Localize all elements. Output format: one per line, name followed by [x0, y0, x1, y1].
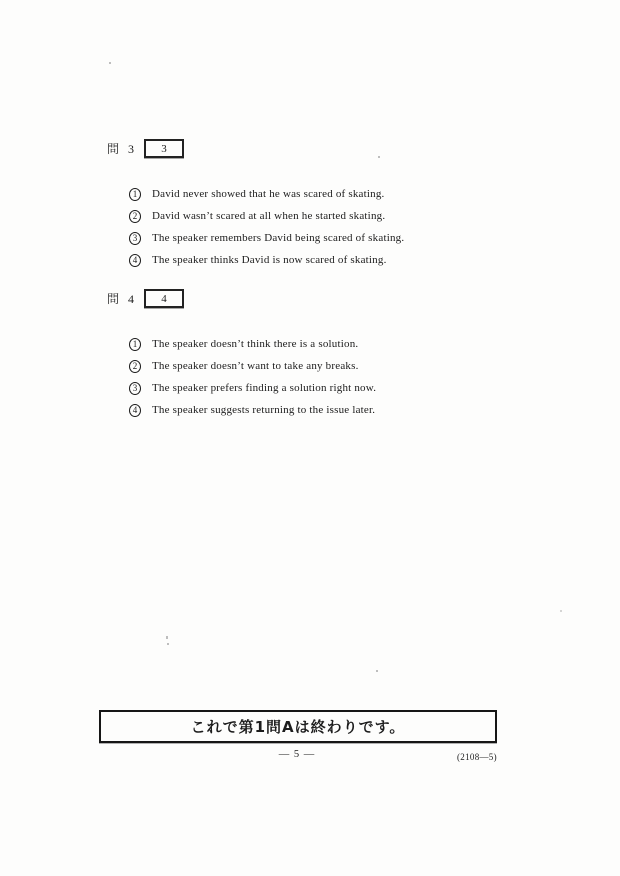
- option-text: David wasn’t scared at all when he start…: [152, 210, 385, 222]
- option-row: 2 The speaker doesn’t want to take any b…: [129, 355, 376, 377]
- option-row: 4 The speaker thinks David is now scared…: [129, 249, 404, 271]
- exam-page: 問 3 3 1 David never showed that he was s…: [0, 0, 620, 876]
- question-3-label: 問 3: [107, 140, 137, 157]
- question-4-answer-box-number: 4: [161, 293, 167, 305]
- scan-speck: [167, 643, 169, 645]
- option-text: The speaker doesn’t think there is a sol…: [152, 338, 358, 350]
- circled-number-icon: 3: [129, 382, 141, 395]
- circled-number-icon: 3: [129, 232, 141, 245]
- circled-number-icon: 4: [129, 404, 141, 417]
- scan-speck: [376, 670, 378, 672]
- scan-speck: [560, 610, 562, 612]
- question-3-options: 1 David never showed that he was scared …: [129, 183, 404, 271]
- footer-print-code: (2108—5): [457, 752, 497, 762]
- scan-speck: [378, 156, 380, 158]
- footer-page-number: — 5 —: [99, 749, 495, 760]
- option-text: The speaker suggests returning to the is…: [152, 404, 375, 416]
- question-4-label: 問 4: [107, 290, 137, 307]
- end-notice-text: これで第1問Aは終わりです。: [191, 716, 406, 737]
- option-row: 3 The speaker remembers David being scar…: [129, 227, 404, 249]
- option-row: 2 David wasn’t scared at all when he sta…: [129, 205, 404, 227]
- option-text: The speaker doesn’t want to take any bre…: [152, 360, 359, 372]
- circled-number-icon: 4: [129, 254, 141, 267]
- option-text: The speaker remembers David being scared…: [152, 232, 404, 244]
- circled-number-icon: 2: [129, 360, 141, 373]
- option-text: The speaker prefers finding a solution r…: [152, 382, 376, 394]
- option-row: 1 David never showed that he was scared …: [129, 183, 404, 205]
- option-row: 1 The speaker doesn’t think there is a s…: [129, 333, 376, 355]
- circled-number-icon: 2: [129, 210, 141, 223]
- circled-number-icon: 1: [129, 338, 141, 351]
- question-4-answer-box: 4: [144, 289, 184, 308]
- scan-speck: [109, 62, 111, 64]
- question-3-answer-box: 3: [144, 139, 184, 158]
- question-3-answer-box-number: 3: [161, 143, 167, 155]
- option-text: David never showed that he was scared of…: [152, 188, 384, 200]
- end-notice-box: これで第1問Aは終わりです。: [99, 710, 497, 743]
- circled-number-icon: 1: [129, 188, 141, 201]
- scan-speck: [166, 636, 168, 639]
- option-text: The speaker thinks David is now scared o…: [152, 254, 387, 266]
- question-4-options: 1 The speaker doesn’t think there is a s…: [129, 333, 376, 421]
- option-row: 3 The speaker prefers finding a solution…: [129, 377, 376, 399]
- option-row: 4 The speaker suggests returning to the …: [129, 399, 376, 421]
